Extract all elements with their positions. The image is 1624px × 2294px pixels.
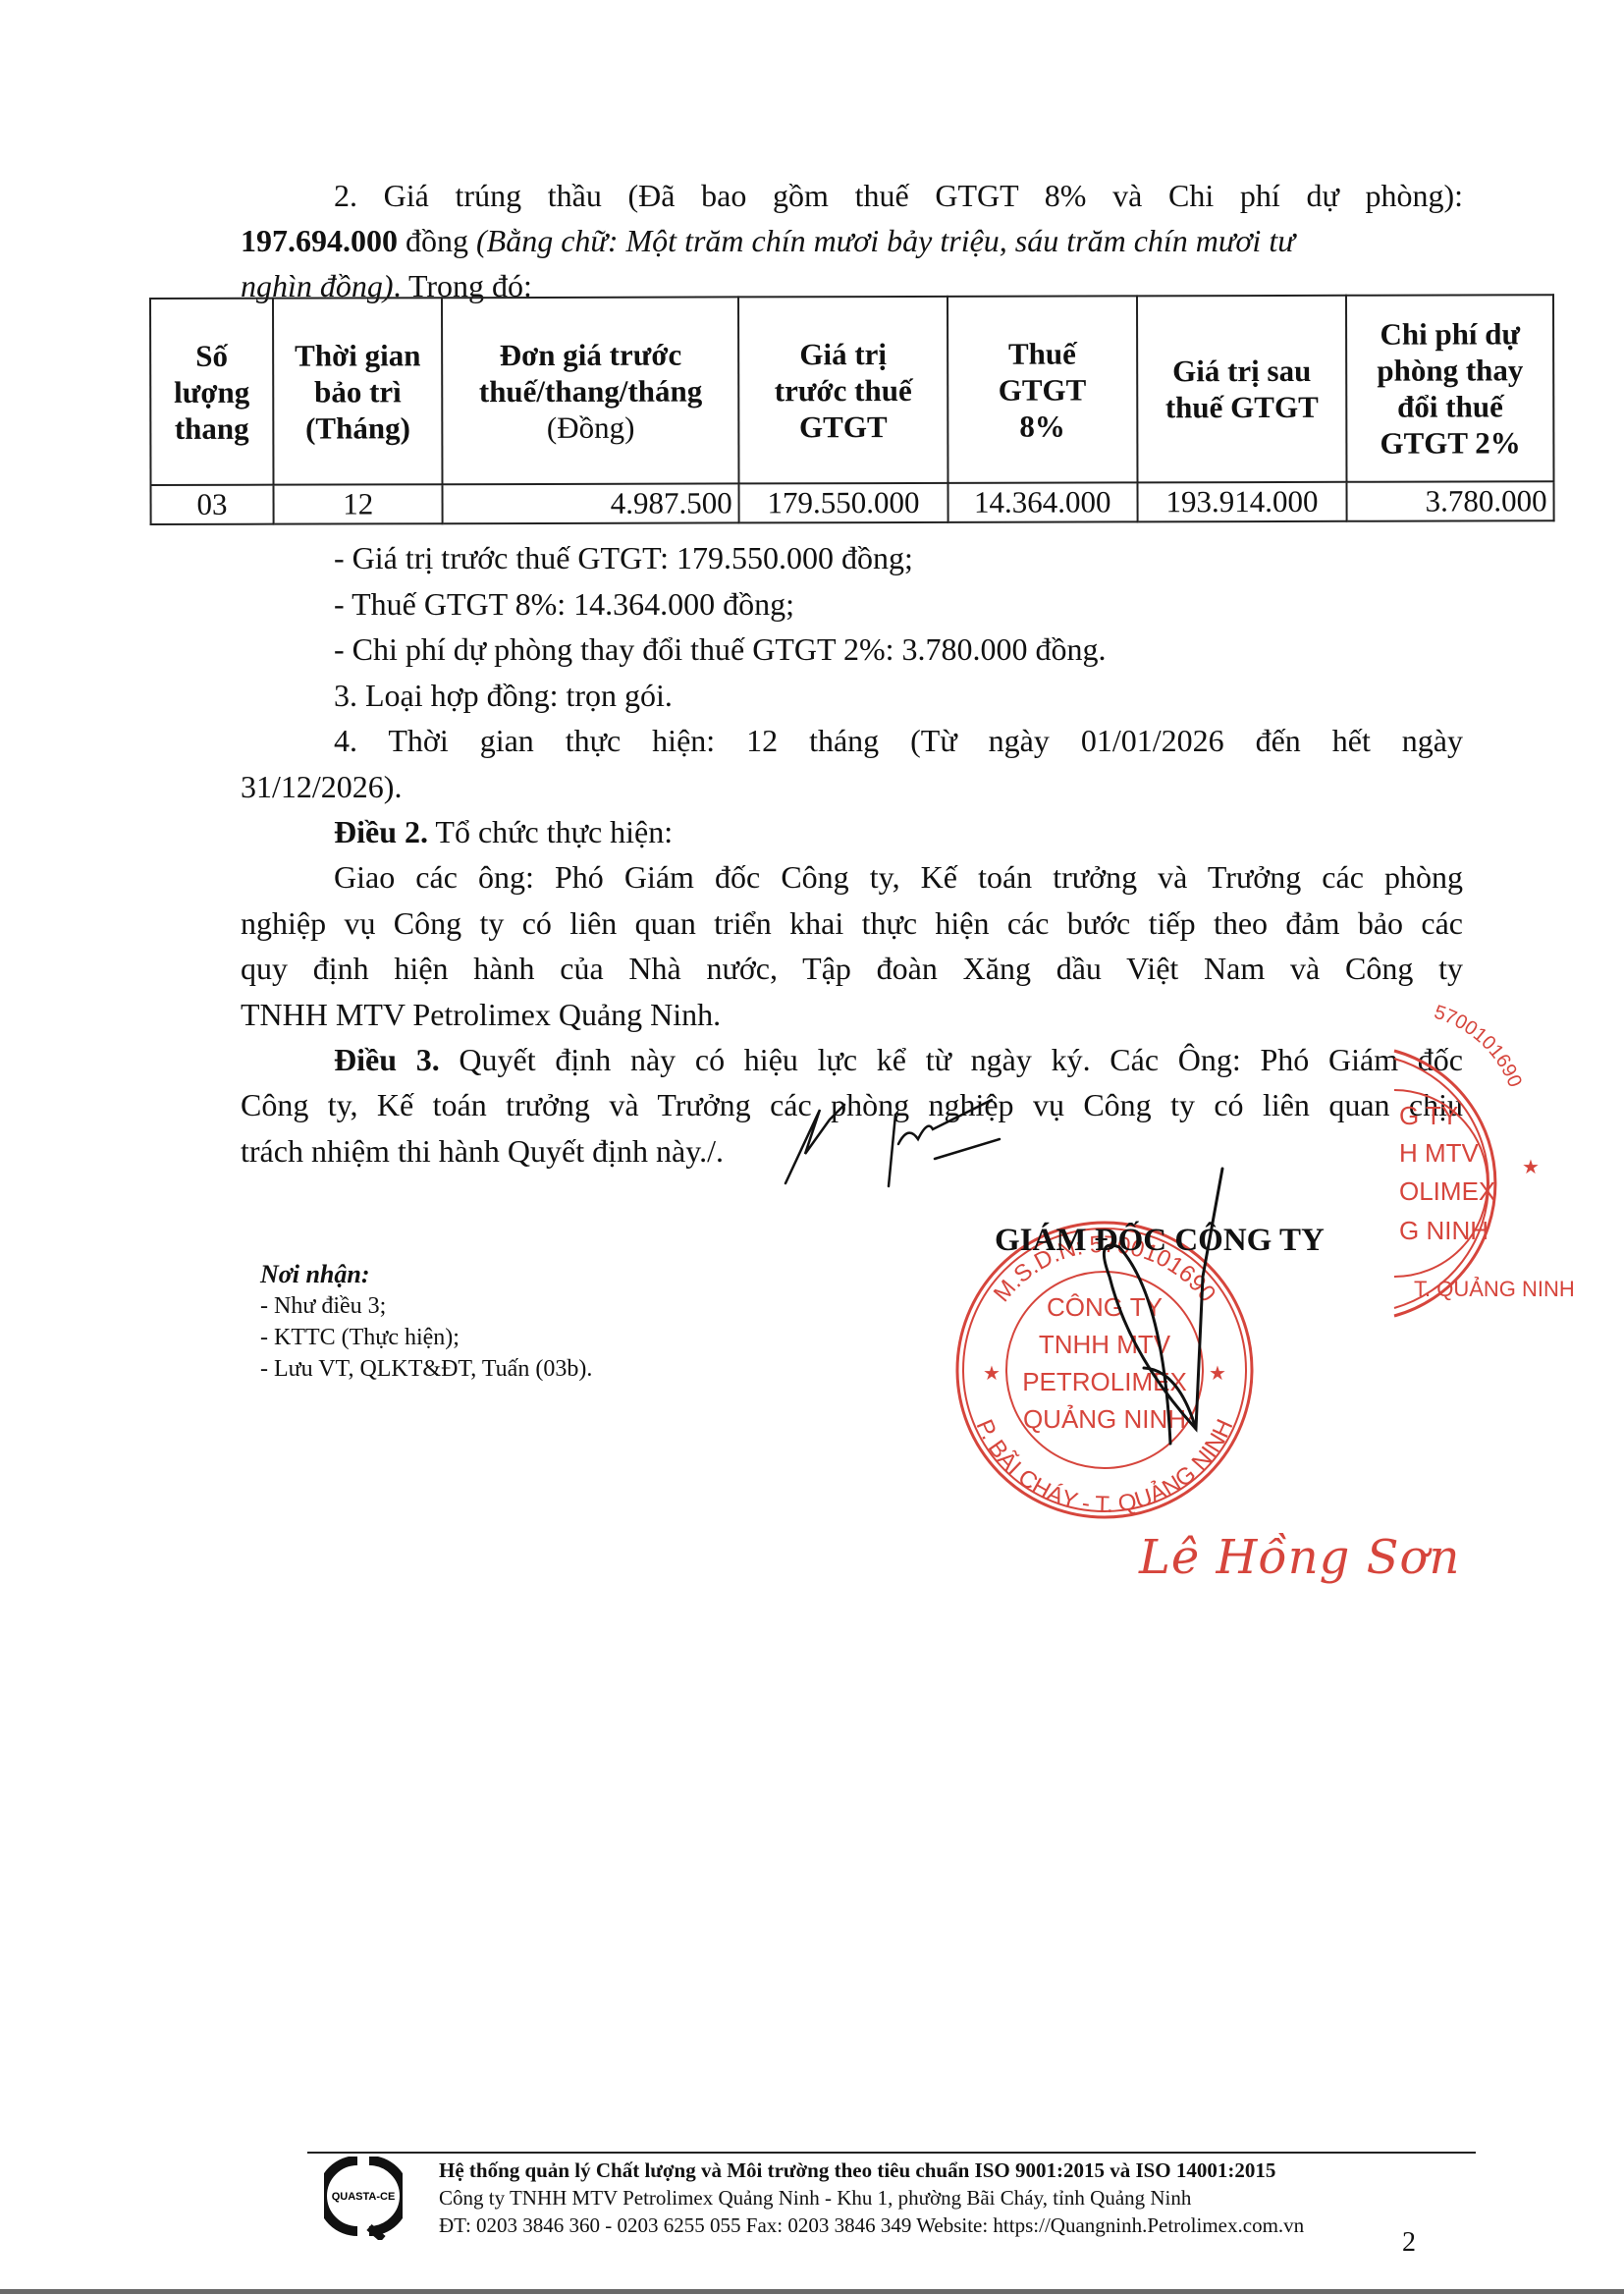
signatory-title: GIÁM ĐỐC CÔNG TY (995, 1223, 1325, 1259)
partial-seal-line: G TY (1399, 1101, 1458, 1130)
quasta-logo-icon: QUASTA-CE (324, 2157, 403, 2240)
footer-divider (307, 2152, 1476, 2154)
star-icon: ★ (1522, 1157, 1540, 1178)
page-number: 2 (1402, 2227, 1416, 2259)
partial-seal-line: G NINH (1399, 1216, 1489, 1245)
seal-line: QUẢNG NINH (1023, 1404, 1186, 1434)
partial-seal-line: OLIMEX (1399, 1176, 1495, 1206)
footer-contact-line: ĐT: 0203 3846 360 - 0203 6255 055 Fax: 0… (439, 2212, 1304, 2239)
partial-seal-line: H MTV (1399, 1138, 1480, 1168)
star-icon: ★ (983, 1363, 1001, 1385)
stamp-overlay: M.S.D.N: 5700101690 P. BÃI CHÁY - T. QUẢ… (0, 0, 1624, 2294)
seal-line: TNHH MTV (1039, 1330, 1171, 1359)
scan-edge (0, 2289, 1624, 2294)
star-icon: ★ (1209, 1363, 1226, 1385)
svg-text:QUASTA-CE: QUASTA-CE (332, 2191, 396, 2203)
footer: Hệ thống quản lý Chất lượng và Môi trườn… (439, 2157, 1304, 2239)
footer-address-line: Công ty TNHH MTV Petrolimex Quảng Ninh -… (439, 2184, 1304, 2212)
seal-line: CÔNG TY (1047, 1292, 1163, 1322)
seal-line: PETROLIMEX (1022, 1367, 1187, 1396)
signatory-name: Lê Hồng Sơn (1139, 1530, 1460, 1585)
footer-iso-line: Hệ thống quản lý Chất lượng và Môi trườn… (439, 2157, 1304, 2184)
partial-seal-ring: T. QUẢNG NINH (1414, 1277, 1575, 1301)
initials-signature (785, 1100, 1000, 1186)
